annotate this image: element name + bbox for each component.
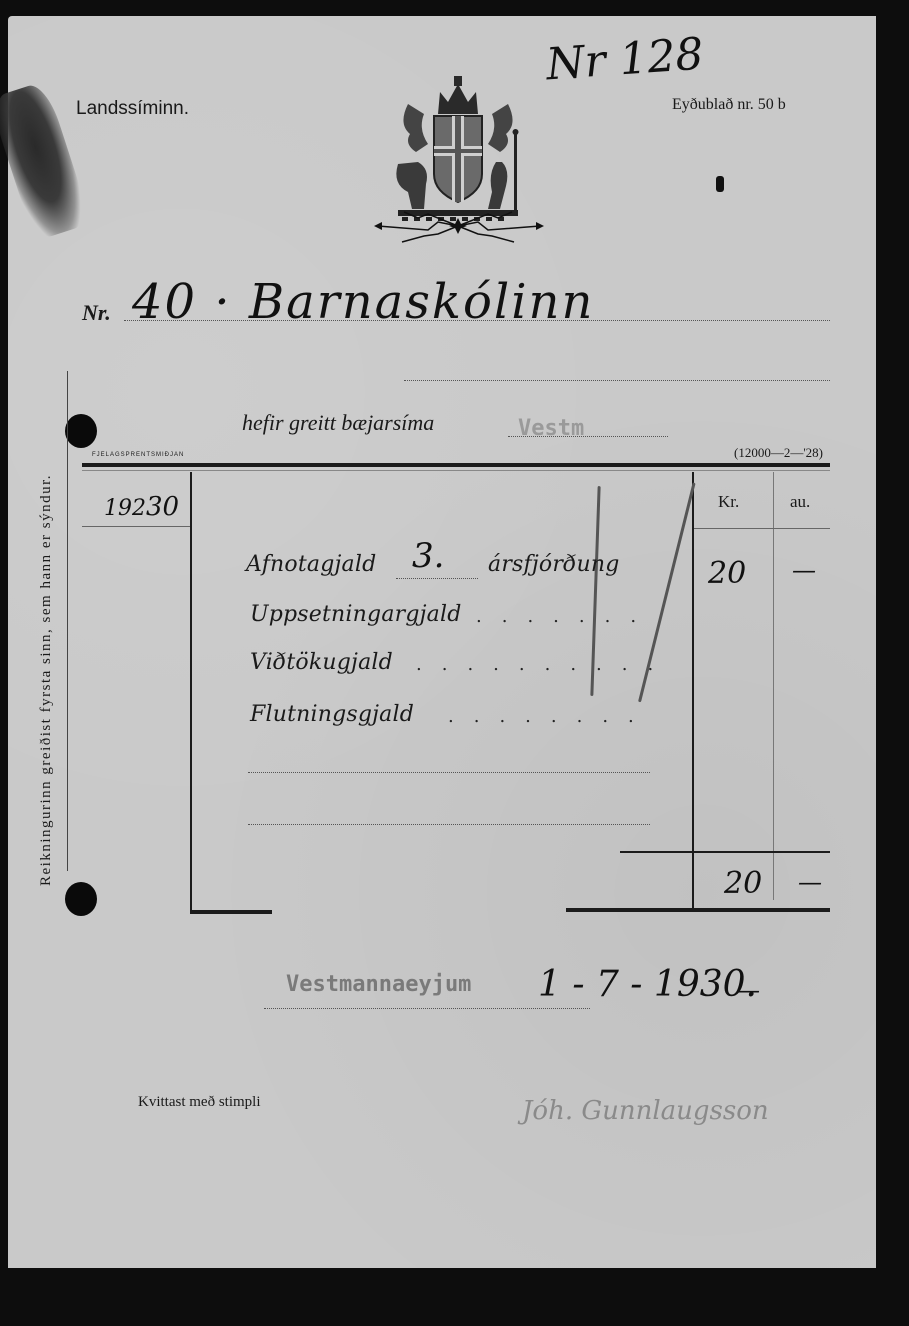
row-leader: .......... — [416, 654, 673, 675]
side-note: Reikningurinn greiðist fyrsta sinn, sem … — [38, 474, 55, 886]
recipient-line-2 — [404, 380, 830, 381]
table-top-rule — [82, 463, 830, 467]
row-label: Flutningsgjald — [250, 702, 414, 727]
coat-of-arms-icon — [368, 74, 548, 244]
table-left-border — [190, 472, 192, 914]
punch-hole — [65, 414, 97, 448]
row-leader: ....... — [476, 606, 656, 627]
form-number: Eyðublað nr. 50 b — [672, 96, 786, 114]
recipient-handwritten: 40 · Barnaskólinn — [132, 274, 594, 330]
date-trailing-dash: — — [736, 976, 760, 1004]
organization-name: Landssíminn. — [76, 98, 189, 120]
row-label: Uppsetningargjald — [250, 602, 462, 627]
print-code: (12000—2—'28) — [734, 445, 823, 461]
side-rule — [67, 371, 68, 871]
paid-label: hefir greitt bæjarsíma — [242, 410, 434, 436]
year-printed: 19230 — [104, 492, 179, 522]
paid-line — [508, 436, 668, 437]
ink-spot — [716, 176, 724, 192]
year-printed-text: 192 — [104, 496, 146, 521]
paid-stamp: Vestm — [518, 416, 584, 441]
handwritten-receipt-number: Nr 128 — [544, 29, 705, 91]
table-top-rule-thin — [82, 470, 830, 471]
header-underline — [694, 528, 830, 529]
receipt-note: Kvittast með stimpli — [138, 1094, 261, 1111]
row-kr: 20 — [708, 556, 746, 591]
nr-label: Nr. — [82, 300, 111, 326]
receipt-paper: Landssíminn. Eyðublað nr. 50 b Nr 128 — [8, 16, 876, 1268]
blank-line-1 — [248, 772, 650, 773]
au-column-border — [773, 472, 774, 900]
total-kr: 20 — [724, 866, 762, 901]
printer-name: FJELAGSPRENTSMIÐJAN — [92, 452, 184, 458]
year-underline — [82, 526, 192, 527]
recipient-line — [124, 320, 830, 321]
signature-stamp: Jóh. Gunnlaugsson — [522, 1096, 769, 1126]
quarter-line — [396, 578, 478, 579]
row-label: Viðtökugjald — [250, 650, 393, 675]
au-header: au. — [790, 492, 810, 512]
quarter-value: 3. — [412, 536, 444, 576]
row-au: — — [792, 556, 816, 584]
blank-line-2 — [248, 824, 650, 825]
total-top-rule — [620, 851, 830, 853]
punch-hole — [65, 882, 97, 916]
table-left-foot — [190, 910, 272, 914]
total-bottom-rule — [566, 908, 830, 912]
row-suffix: ársfjórðung — [488, 552, 620, 577]
date-handwritten: 1 - 7 - 1930. — [538, 964, 757, 1005]
total-au: — — [798, 868, 822, 896]
place-stamp: Vestmannaeyjum — [286, 972, 471, 997]
year-correction: 30 — [146, 492, 179, 522]
row-label: Afnotagjald — [246, 552, 376, 577]
kr-column-border — [692, 472, 694, 912]
kr-header: Kr. — [718, 492, 739, 512]
row-leader: ........ — [448, 706, 654, 727]
place-line — [264, 1008, 590, 1009]
